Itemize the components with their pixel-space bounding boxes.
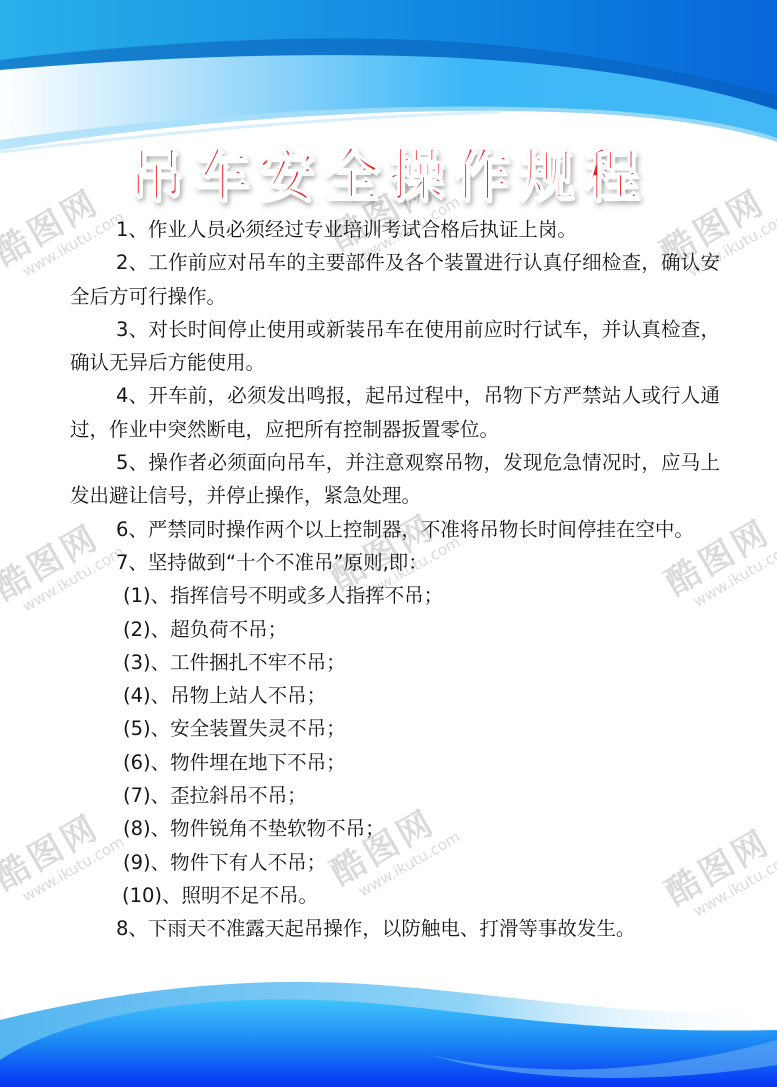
rule-item: 7、坚持做到“十个不准吊”原则,即： (70, 546, 720, 579)
sub-rule-item: (5)、安全装置失灵不吊； (70, 712, 720, 745)
sub-rule-item: (6)、物件埋在地下不吊； (70, 746, 720, 779)
rule-item: 4、开车前，必须发出鸣报，起吊过程中，吊物下方严禁站人或行人通过，作业中突然断电… (70, 379, 720, 446)
sub-rule-item: (2)、超负荷不吊； (70, 613, 720, 646)
rule-item: 6、严禁同时操作两个以上控制器，不准将吊物长时间停挂在空中。 (70, 513, 720, 546)
rule-item: 2、工作前应对吊车的主要部件及各个装置进行认真仔细检查，确认安全后方可行操作。 (70, 246, 720, 313)
rule-item: 3、对长时间停止使用或新装吊车在使用前应时行试车，并认真检查，确认无异后方能使用… (70, 313, 720, 380)
sub-rule-item: (4)、吊物上站人不吊； (70, 679, 720, 712)
sub-rule-item: (9)、物件下有人不吊； (70, 846, 720, 879)
poster-title: 吊车安全操作规程 (0, 132, 777, 212)
rules-content: 1、作业人员必须经过专业培训考试合格后执证上岗。 2、工作前应对吊车的主要部件及… (70, 213, 720, 946)
rule-item: 1、作业人员必须经过专业培训考试合格后执证上岗。 (70, 213, 720, 246)
sub-rule-item: (3)、工件捆扎不牢不吊； (70, 646, 720, 679)
sub-rule-item: (8)、物件锐角不垫软物不吊； (70, 812, 720, 845)
sub-rule-item: (1)、指挥信号不明或多人指挥不吊； (70, 579, 720, 612)
rule-item: 8、下雨天不准露天起吊操作，以防触电、打滑等事故发生。 (70, 912, 720, 945)
sub-rule-item: (7)、歪拉斜吊不吊； (70, 779, 720, 812)
sub-rule-item: (10)、照明不足不吊。 (70, 879, 720, 912)
rule-item: 5、操作者必须面向吊车，并注意观察吊物，发现危急情况时，应马上发出避让信号，并停… (70, 446, 720, 513)
